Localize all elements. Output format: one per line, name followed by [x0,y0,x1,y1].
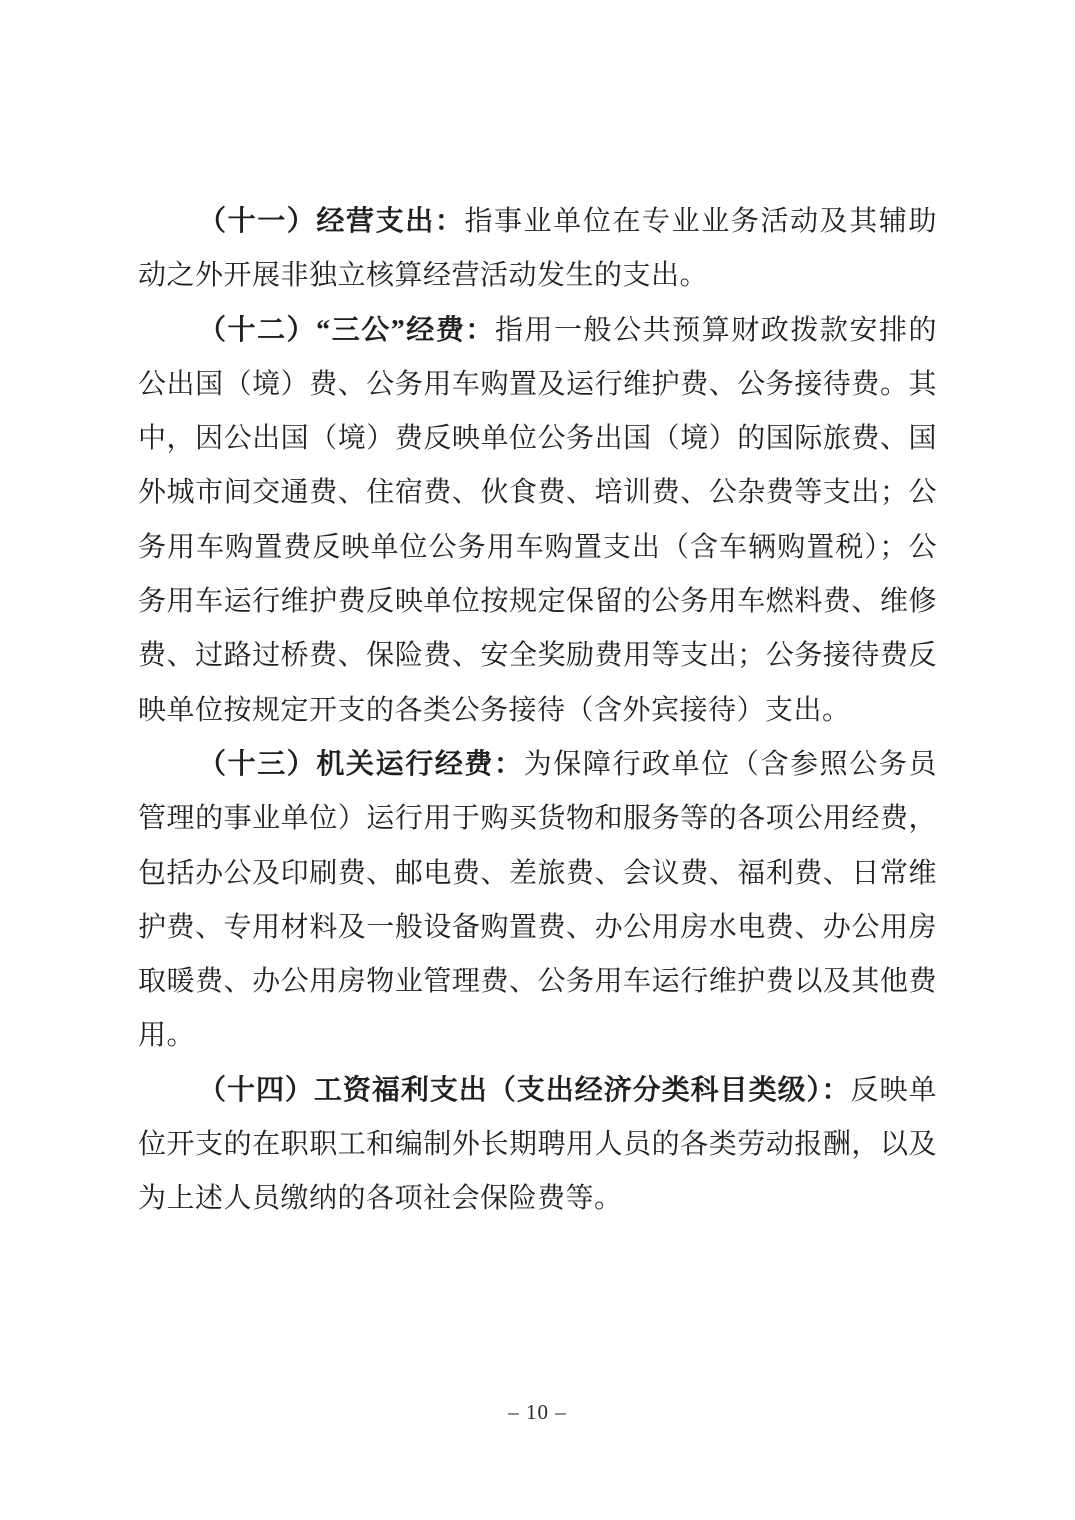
line-text: 为上述人员缴纳的各项社会保险费等。 [138,1183,623,1214]
text-line: 动之外开展非独立核算经营活动发生的支出。 [138,249,937,303]
line-text: 用。 [138,1020,195,1051]
line-text: 费、过路过桥费、保险费、安全奖励费用等支出；公务接待费反 [138,640,937,671]
text-line: 位开支的在职职工和编制外长期聘用人员的各类劳动报酬，以及 [138,1118,937,1172]
line-text: 位开支的在职职工和编制外长期聘用人员的各类劳动报酬，以及 [138,1129,937,1160]
paragraph: （十三）机关运行经费：为保障行政单位（含参照公务员法管理的事业单位）运行用于购买… [138,738,937,1064]
text-line: 管理的事业单位）运行用于购买货物和服务等的各项公用经费， [138,792,937,846]
line-text: 务用车购置费反映单位公务用车购置支出（含车辆购置税）；公 [138,532,937,563]
page-number: – 10 – [0,1400,1075,1425]
paragraph: （十二）“三公”经费：指用一般公共预算财政拨款安排的因公出国（境）费、公务用车购… [138,304,937,738]
line-text: 务用车运行维护费反映单位按规定保留的公务用车燃料费、维修 [138,586,937,617]
line-text: 外城市间交通费、住宿费、伙食费、培训费、公杂费等支出；公 [138,477,937,508]
text-line: （十四）工资福利支出（支出经济分类科目类级）：反映单 [138,1064,937,1118]
text-line: 包括办公及印刷费、邮电费、差旅费、会议费、福利费、日常维 [138,847,937,901]
term-heading: （十一）经营支出： [198,206,464,237]
line-text: 中，因公出国（境）费反映单位公务出国（境）的国际旅费、国 [138,423,937,454]
line-text: 公出国（境）费、公务用车购置及运行维护费、公务接待费。其 [138,369,937,400]
term-heading: （十四）工资福利支出（支出经济分类科目类级）： [198,1075,851,1106]
paragraph: （十四）工资福利支出（支出经济分类科目类级）：反映单位开支的在职职工和编制外长期… [138,1064,937,1227]
text-line: 公出国（境）费、公务用车购置及运行维护费、公务接待费。其 [138,358,937,412]
document-page: （十一）经营支出：指事业单位在专业业务活动及其辅助活动之外开展非独立核算经营活动… [0,0,1075,1520]
text-line: （十二）“三公”经费：指用一般公共预算财政拨款安排的因 [138,304,937,358]
text-line: 务用车运行维护费反映单位按规定保留的公务用车燃料费、维修 [138,575,937,629]
line-text: 护费、专用材料及一般设备购置费、办公用房水电费、办公用房 [138,912,937,943]
text-line: 中，因公出国（境）费反映单位公务出国（境）的国际旅费、国 [138,412,937,466]
text-line: 取暖费、办公用房物业管理费、公务用车运行维护费以及其他费 [138,955,937,1009]
term-heading: （十三）机关运行经费： [198,749,524,780]
line-text: 包括办公及印刷费、邮电费、差旅费、会议费、福利费、日常维 [138,858,937,889]
text-line: 务用车购置费反映单位公务用车购置支出（含车辆购置税）；公 [138,521,937,575]
paragraph: （十一）经营支出：指事业单位在专业业务活动及其辅助活动之外开展非独立核算经营活动… [138,195,937,304]
text-line: （十一）经营支出：指事业单位在专业业务活动及其辅助活 [138,195,937,249]
term-heading: （十二）“三公”经费： [198,315,495,346]
text-line: 映单位按规定开支的各类公务接待（含外宾接待）支出。 [138,684,937,738]
line-text: 取暖费、办公用房物业管理费、公务用车运行维护费以及其他费 [138,966,937,997]
line-text: 动之外开展非独立核算经营活动发生的支出。 [138,260,708,291]
line-text: 管理的事业单位）运行用于购买货物和服务等的各项公用经费， [138,803,937,834]
text-line: 外城市间交通费、住宿费、伙食费、培训费、公杂费等支出；公 [138,466,937,520]
text-line: 护费、专用材料及一般设备购置费、办公用房水电费、办公用房 [138,901,937,955]
text-line: 用。 [138,1009,937,1063]
text-line: 费、过路过桥费、保险费、安全奖励费用等支出；公务接待费反 [138,629,937,683]
text-line: （十三）机关运行经费：为保障行政单位（含参照公务员法 [138,738,937,792]
text-line: 为上述人员缴纳的各项社会保险费等。 [138,1172,937,1226]
line-text: 映单位按规定开支的各类公务接待（含外宾接待）支出。 [138,695,851,726]
line-text: 反映单 [851,1075,937,1106]
document-body: （十一）经营支出：指事业单位在专业业务活动及其辅助活动之外开展非独立核算经营活动… [138,195,937,1227]
